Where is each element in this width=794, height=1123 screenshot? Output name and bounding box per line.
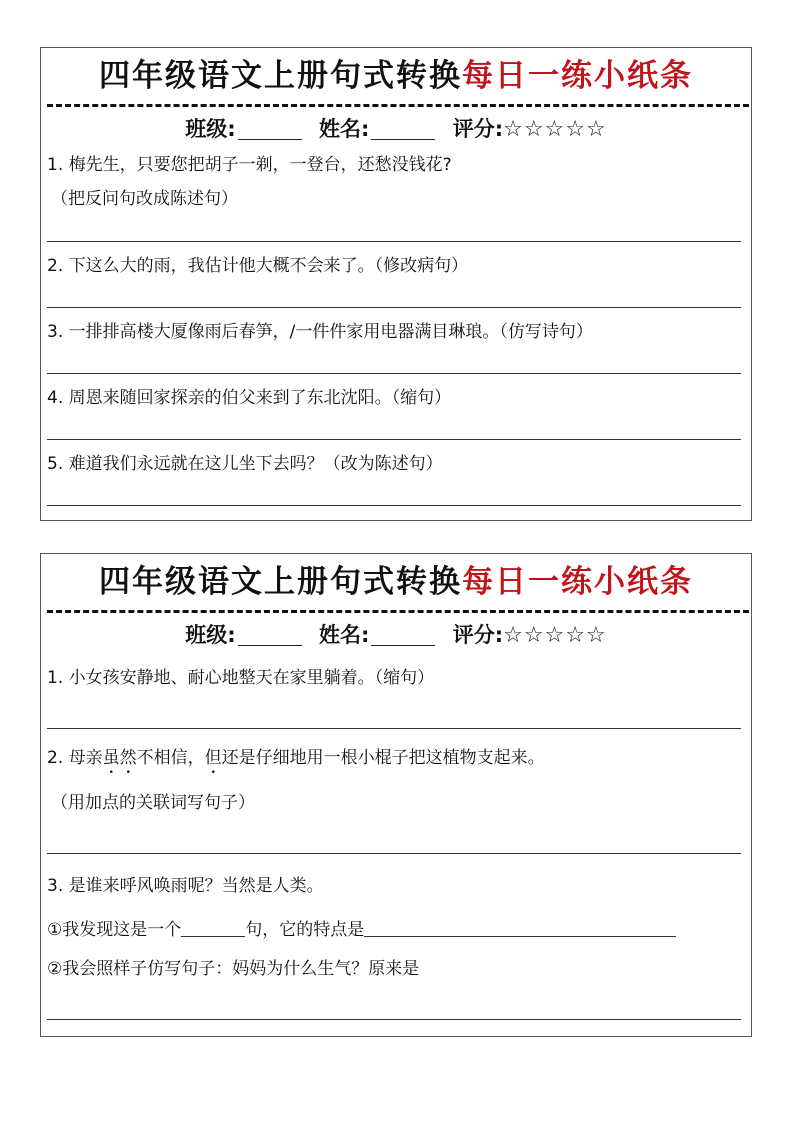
class-label: 班级: [185,623,235,647]
sub1-text: 句，它的特点是 [245,920,364,940]
q2-text-part: 2. 母亲 [47,748,103,768]
answer-line-5[interactable] [47,505,741,506]
name-field[interactable] [371,115,435,140]
name-field[interactable] [371,621,435,646]
class-field[interactable] [238,115,302,140]
worksheet-title: 四年级语文上册句式转换每日一练小纸条 [41,54,751,98]
q2-text-part: 还是仔细地用一根小棍子把这植物支起来。 [222,748,545,768]
question-3-sub-2: ②我会照样子仿写句子：妈妈为什么生气？原来是 [47,957,419,981]
question-3: 3. 一排排高楼大厦像雨后春笋，/一件件家用电器满目琳琅。（仿写诗句） [47,320,593,344]
question-1: 1. 小女孩安静地、耐心地整天在家里躺着。（缩句） [47,666,434,690]
worksheet-title: 四年级语文上册句式转换每日一练小纸条 [41,560,751,604]
answer-line-2[interactable] [47,853,741,854]
answer-line-1[interactable] [47,728,741,729]
title-black-part: 四年级语文上册句式转换 [99,58,462,94]
worksheet-card-2: 四年级语文上册句式转换每日一练小纸条 班级: 姓名: 评分:☆☆☆☆☆ 1. 小… [40,553,752,1037]
student-info-row: 班级: 姓名: 评分:☆☆☆☆☆ [41,114,751,145]
star-rating-icon[interactable]: ☆☆☆☆☆ [503,623,607,648]
answer-line-4[interactable] [47,439,741,440]
question-3: 3. 是谁来呼风唤雨呢？当然是人类。 [47,874,324,898]
q2-text-part: 不相信， [137,748,205,768]
dashed-divider [47,104,749,107]
question-1: 1. 梅先生，只要您把胡子一剃，一登台，还愁没钱花? [47,153,452,177]
score-label: 评分: [453,623,503,647]
answer-line-3[interactable] [47,1019,741,1020]
title-red-part: 每日一练小纸条 [462,564,693,600]
sub1-text: ①我发现这是一个 [47,920,181,940]
question-4: 4. 周恩来随回家探亲的伯父来到了东北沈阳。（缩句） [47,386,451,410]
question-2: 2. 下这么大的雨，我估计他大概不会来了。（修改病句） [47,254,468,278]
answer-line-1[interactable] [47,241,741,242]
student-info-row: 班级: 姓名: 评分:☆☆☆☆☆ [41,620,751,651]
dashed-divider [47,610,749,613]
score-label: 评分: [453,117,503,141]
question-3-sub-1: ①我发现这是一个句，它的特点是 [47,916,745,942]
question-1-instruction: （把反问句改成陈述句） [51,187,238,211]
question-2: 2. 母亲虽然不相信，但还是仔细地用一根小棍子把这植物支起来。 [47,746,545,778]
name-label: 姓名: [319,117,369,141]
sentence-type-blank[interactable] [181,916,245,937]
dotted-conjunction: 虽然 [103,748,137,768]
answer-line-3[interactable] [47,373,741,374]
question-2-instruction: （用加点的关联词写句子） [51,791,255,815]
feature-blank[interactable] [364,916,676,937]
answer-line-2[interactable] [47,307,741,308]
worksheet-card-1: 四年级语文上册句式转换每日一练小纸条 班级: 姓名: 评分:☆☆☆☆☆ 1. 梅… [40,47,752,521]
class-label: 班级: [185,117,235,141]
star-rating-icon[interactable]: ☆☆☆☆☆ [503,117,607,142]
dotted-conjunction: 但 [205,748,222,768]
class-field[interactable] [238,621,302,646]
name-label: 姓名: [319,623,369,647]
title-black-part: 四年级语文上册句式转换 [99,564,462,600]
question-5: 5. 难道我们永远就在这儿坐下去吗？（改为陈述句） [47,452,443,476]
title-red-part: 每日一练小纸条 [462,58,693,94]
